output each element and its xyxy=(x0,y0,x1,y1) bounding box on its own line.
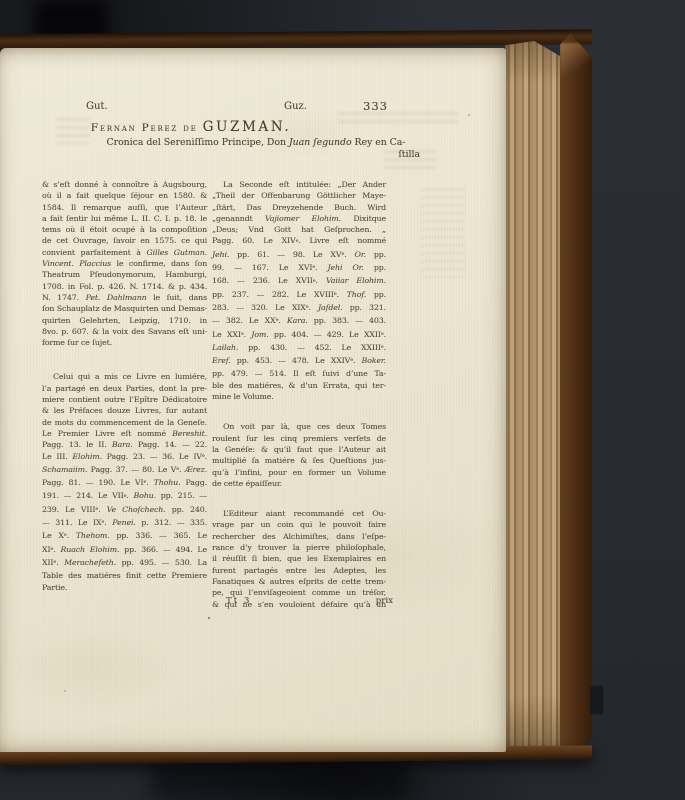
italic-text: Vincent. Placcius xyxy=(42,259,111,268)
italic-text: Vaiiar Elohim. xyxy=(326,276,386,285)
superscript-text: e xyxy=(381,345,384,350)
text-line: mine le Volume. xyxy=(212,391,386,402)
text: de mots du commencement de la Geneſe. xyxy=(42,418,207,427)
text-line: 1584. Il remarque auſſi, que l’Auteur xyxy=(42,202,207,213)
text: furent partagés entre les Adeptes, les xyxy=(212,566,386,575)
text: . xyxy=(344,250,354,259)
italic-text: Penei. xyxy=(112,518,136,527)
text: tems où il étoit ocupé à la compoſition xyxy=(42,225,207,234)
ink-speck xyxy=(208,617,210,619)
text: pp. 215. — xyxy=(156,491,207,500)
text-line: L’Editeur aiant recommandé cet Ou- xyxy=(212,508,386,519)
ink-speck xyxy=(468,114,470,116)
text: 168. — 236. Le XVII xyxy=(212,276,313,285)
text: de cette épaiſſeur. xyxy=(212,479,282,488)
background-shadow xyxy=(150,760,410,800)
text: Le III. xyxy=(42,452,72,461)
text: „Deus; Vnd Gott hat Geſprochen. „ xyxy=(212,225,386,234)
text: Theatrum Pſeudonymorum, Hamburgi, xyxy=(42,270,207,279)
text-line: de cette épaiſſeur. xyxy=(212,478,386,489)
text-line: miere contient outre l’Epître Dédicatoir… xyxy=(42,394,207,405)
text: pp. 383. — 403. xyxy=(308,316,386,325)
running-head-right: Guz. xyxy=(284,101,307,112)
text: 8vo. p. 607. & la voix des Savans eſt un… xyxy=(42,327,207,336)
text-line: il réuſſit ſi bien, que les Exemplaires … xyxy=(212,553,386,564)
superscript-text: e xyxy=(176,467,179,472)
text: pp. 321. xyxy=(343,303,386,312)
italic-text: Vajiomer Elohim. xyxy=(265,214,341,223)
text-line: ſon Schauplatz de Masquirten und Demas- xyxy=(42,303,207,314)
text: — 311. Le IX xyxy=(42,518,101,527)
text: . xyxy=(98,505,107,514)
author-surname-caps: GUZMAN. xyxy=(203,119,292,135)
text: Cronica del Sereniſſimo Principe, Don xyxy=(107,137,289,148)
text: . xyxy=(278,316,287,325)
text-line: 168. — 236. Le XVIIe. Vaiiar Elohim. xyxy=(212,275,386,288)
text: Fanatiques & autres eſprits de cette tre… xyxy=(212,577,386,586)
text-line: Celui qui a mis ce Livre en lumiére, xyxy=(42,371,207,382)
text: pp. 366. — 494. Le xyxy=(119,545,207,554)
superscript-text: e xyxy=(341,252,344,257)
text-line: de cet Ouvrage, ſavoir en 1575. ce qui xyxy=(42,235,207,246)
text: . xyxy=(126,491,133,500)
text-line: Le XXIe. Jom. pp. 404. — 429. Le XXIIe. xyxy=(212,329,386,342)
text: . xyxy=(315,276,326,285)
text-line: l’a partagé en deux Parties, dont la pre… xyxy=(42,383,207,394)
text-line: On voit par là, que ces deux Tomes xyxy=(212,421,386,432)
signature-mark: Tt 3 xyxy=(226,596,251,606)
text-line: ble des matiéres, & d’un Errata, qui ter… xyxy=(212,380,386,391)
italic-text: Thehom. xyxy=(76,531,110,540)
text: Pagg. 23. — 36. Le IV xyxy=(102,452,202,461)
text: convient parfaitement à xyxy=(42,248,146,257)
superscript-text: e xyxy=(64,533,67,538)
text-line: „genanndt Vajiomer Elohim. Dixitque xyxy=(212,213,386,224)
text: . xyxy=(56,558,64,567)
text-column-right: La Seconde eſt intitulée: „Der Ander„The… xyxy=(212,179,386,610)
text: rechercher des Alchimiſtes, dans l’eſpe- xyxy=(212,532,386,541)
text: Pagg. xyxy=(180,478,207,487)
text-line: a fait ſentir lui même L. II. C. I. p. 1… xyxy=(42,213,207,224)
italic-text: Ve Choſchech. xyxy=(107,505,166,514)
author-name-smallcaps: Fernan Perez de xyxy=(91,122,198,134)
ink-speck xyxy=(64,690,66,692)
book-scan-photo: { "palette": { "background": "#282b31", … xyxy=(0,0,685,800)
entry-title: Cronica del Sereniſſimo Principe, Don Ju… xyxy=(78,137,434,148)
book-clasp xyxy=(590,686,603,714)
text: Table des matiéres finit cette Premiere xyxy=(42,571,207,580)
superscript-text: e xyxy=(53,560,56,565)
italic-text: Lailah. xyxy=(212,343,238,352)
italic-text: Bohu. xyxy=(134,491,156,500)
text-line: — 382. Le XXe. Kara. pp. 383. — 403. xyxy=(212,315,386,328)
text-line: pp. 479. — 514. Il eſt ſuivi d’une Ta- xyxy=(212,368,386,379)
superscript-text: e xyxy=(50,547,53,552)
italic-text: Or. xyxy=(354,250,365,259)
text-line: Eref. pp. 453. — 478. Le XXIVe. Boker. xyxy=(212,355,386,368)
superscript-text: e xyxy=(101,520,104,525)
text-line: Jehi. pp. 61. — 98. Le XVe. Or. pp. xyxy=(212,249,386,262)
text: pp. 336. — 365. Le xyxy=(110,531,207,540)
book-page: Gut. Guz. 333 Fernan Perez de GUZMAN. Cr… xyxy=(0,48,506,752)
text: vrage par un coin qui le pouvoit faire xyxy=(212,520,386,529)
italic-text: Jehi Or. xyxy=(328,263,364,272)
text-line: Vincent. Placcius le confirme, dans ſon xyxy=(42,258,207,269)
text: il réuſſit ſi bien, que les Exemplaires … xyxy=(212,554,386,563)
superscript-text: e xyxy=(296,239,299,244)
text: . xyxy=(308,303,318,312)
superscript-text: e xyxy=(202,454,205,459)
paragraph: La Seconde eſt intitulée: „Der Ander„The… xyxy=(212,179,386,402)
text-line: Le Premier Livre eſt nommé Bereshit. xyxy=(42,428,207,439)
text-line: vrage par un coin qui le pouvoit faire xyxy=(212,519,386,530)
text-line: 283. — 320. Le XIXe. Jaſdel. pp. 321. xyxy=(212,302,386,315)
text-line: XIIe. Merachefeth. pp. 495. — 530. La xyxy=(42,557,207,570)
text: Pagg. 13. le II. xyxy=(42,440,112,449)
text-line: Fanatiques & autres eſprits de cette tre… xyxy=(212,576,386,587)
text: roulent ſur les cinq premiers verſets de xyxy=(212,434,386,443)
text: Rey en Ca- xyxy=(352,137,406,148)
text: pp. 404. — 429. Le XXII xyxy=(269,330,381,339)
text: Celui qui a mis ce Livre en lumiére, xyxy=(53,372,207,381)
text-line: pp. 237. — 282. Le XVIIIe. Thof. pp. xyxy=(212,289,386,302)
text-line: qu’à l’infini, pour en former un Volume xyxy=(212,467,386,478)
italic-text: Thohu. xyxy=(154,478,181,487)
text: . xyxy=(67,531,76,540)
text: p. 312. — 335. xyxy=(136,518,207,527)
text-line: Theatrum Pſeudonymorum, Hamburgi, xyxy=(42,269,207,280)
text: l’a partagé en deux Parties, dont la pre… xyxy=(42,384,207,393)
superscript-text: e xyxy=(276,318,279,323)
text: XII xyxy=(42,558,53,567)
text-line: & les Préfaces douze Livres, ſur autant xyxy=(42,405,207,416)
italic-text: Pet. Dahlmann xyxy=(86,293,147,302)
text: L’Editeur aiant recommandé cet Ou- xyxy=(223,509,386,518)
text-line: „Theil der Offenbarung Göttlicher Maye- xyxy=(212,190,386,201)
paragraph: On voit par là, que ces deux Tomesroulen… xyxy=(212,421,386,489)
text: . xyxy=(146,478,153,487)
superscript-text: e xyxy=(334,292,337,297)
superscript-text: e xyxy=(143,480,146,485)
text: . xyxy=(315,263,327,272)
text: Pagg. 60. Le XIV xyxy=(212,236,296,245)
text: a fait ſentir lui même L. II. C. I. p. 1… xyxy=(42,214,207,223)
text: pp. 237. — 282. Le XVIII xyxy=(212,290,334,299)
text-line: Pagg. 13. le II. Bara. Pagg. 14. — 22. xyxy=(42,439,207,450)
book-fore-edge xyxy=(505,41,561,750)
text: pp. 479. — 514. Il eſt ſuivi d’une Ta- xyxy=(212,369,386,378)
italic-text: Jom. xyxy=(251,330,268,339)
text: La Seconde eſt intitulée: „Der Ander xyxy=(223,180,386,189)
italic-text: Merachefeth. xyxy=(64,558,116,567)
text-line: la Genéſe: & qu’il faut que l’Auteur ait xyxy=(212,444,386,455)
text: pp. 453. — 478. Le XXIV xyxy=(231,356,351,365)
text: forme ſur ce ſujet. xyxy=(42,338,112,347)
italic-text: Juan ſegundo xyxy=(289,137,352,148)
text-line: La Seconde eſt intitulée: „Der Ander xyxy=(212,179,386,190)
text: On voit par là, que ces deux Tomes xyxy=(223,422,386,431)
text: pp. 495. — 530. La xyxy=(116,558,207,567)
text: „ſtärt, Das Dreyzehende Buch. Wird xyxy=(212,203,386,212)
text: „genanndt xyxy=(212,214,265,223)
text-line: où il a fait quelque ſéjour en 1580. & xyxy=(42,190,207,201)
superscript-text: e xyxy=(124,494,127,499)
superscript-text: e xyxy=(312,265,315,270)
text-line: Le Xe. Thehom. pp. 336. — 365. Le xyxy=(42,530,207,543)
text-line: Le III. Elohim. Pagg. 23. — 36. Le IVe. xyxy=(42,451,207,464)
italic-text: Ærez. xyxy=(185,465,207,474)
text-line: quirten Gelehrten, Leipzig, 1710. in xyxy=(42,315,207,326)
italic-text: Ruach Elohim. xyxy=(60,545,119,554)
paragraph: & s’eſt donné à connoître à Augsbourg,où… xyxy=(42,179,207,348)
text-line: N. 1747. Pet. Dahlmann le ſuit, dans xyxy=(42,292,207,303)
superscript-text: e xyxy=(241,332,244,337)
superscript-text: e xyxy=(381,332,384,337)
entry-title-carryover: ſtilla xyxy=(378,149,420,160)
text: Pagg. 81. — 190. Le VI xyxy=(42,478,143,487)
italic-text: Elohim. xyxy=(72,452,102,461)
running-head-left: Gut. xyxy=(86,101,108,112)
italic-text: Eref. xyxy=(212,356,231,365)
text-line: Pagg. 60. Le XIVe. Livre eſt nommé xyxy=(212,235,386,248)
text-line: Pagg. 81. — 190. Le VIe. Thohu. Pagg. xyxy=(42,477,207,490)
text: Le X xyxy=(42,531,64,540)
italic-text: Kara. xyxy=(287,316,308,325)
text: pp. xyxy=(366,250,386,259)
text: Pagg. 14. — 22. xyxy=(133,440,207,449)
text: . xyxy=(337,290,347,299)
text-line: 1708. in Fol. p. 426. N. 1714. & p. 434. xyxy=(42,281,207,292)
text-line: Partie. xyxy=(42,582,207,593)
italic-text: Bara. xyxy=(112,440,133,449)
text: pp. 430. — 452. Le XXIII xyxy=(238,343,381,352)
text: „Theil der Offenbarung Göttlicher Maye- xyxy=(212,191,386,200)
text-line: & s’eſt donné à connoître à Augsbourg, xyxy=(42,179,207,190)
text: de cet Ouvrage, ſavoir en 1575. ce qui xyxy=(42,236,207,245)
text-line: XIe. Ruach Elohim. pp. 366. — 494. Le xyxy=(42,544,207,557)
text-line: rechercher des Alchimiſtes, dans l’eſpe- xyxy=(212,531,386,542)
text: quirten Gelehrten, Leipzig, 1710. in xyxy=(42,316,207,325)
text-line: Lailah. pp. 430. — 452. Le XXIIIe. xyxy=(212,342,386,355)
text-line: 99. — 167. Le XVIe. Jehi Or. pp. xyxy=(212,262,386,275)
text: pp. xyxy=(366,290,386,299)
text: N. 1747. xyxy=(42,293,86,302)
text: rance d’y trouver la pierre philoſophale… xyxy=(212,543,386,552)
text-line: tems où il étoit ocupé à la compoſition xyxy=(42,224,207,235)
text-line: rance d’y trouver la pierre philoſophale… xyxy=(212,542,386,553)
text: & s’eſt donné à connoître à Augsbourg, xyxy=(42,180,207,189)
text: le confirme, dans ſon xyxy=(111,259,207,268)
text: ſon Schauplatz de Masquirten und Demas- xyxy=(42,304,207,313)
text-line: — 311. Le IXe. Penei. p. 312. — 335. xyxy=(42,517,207,530)
text: Dixitque xyxy=(341,214,386,223)
text: pp. xyxy=(364,263,386,272)
text: 1708. in Fol. p. 426. N. 1714. & p. 434. xyxy=(42,282,207,291)
text: Le Premier Livre eſt nommé xyxy=(42,429,172,438)
text-line: de mots du commencement de la Geneſe. xyxy=(42,417,207,428)
text: 283. — 320. Le XIX xyxy=(212,303,306,312)
text-line: Schamaiim. Pagg. 37. — 80. Le Ve. Ærez. xyxy=(42,464,207,477)
text-line: multiplié ſa matiére & ſes Queſtions jus… xyxy=(212,455,386,466)
italic-text: Schamaiim. xyxy=(42,465,87,474)
text-line: convient parfaitement à Gilles Gutman. xyxy=(42,247,207,258)
text: multiplié ſa matiére & ſes Queſtions jus… xyxy=(212,456,386,465)
paragraph: L’Editeur aiant recommandé cet Ou-vrage … xyxy=(212,508,386,610)
text: mine le Volume. xyxy=(212,392,274,401)
italic-text: Boker. xyxy=(361,356,386,365)
italic-text: Jehi. xyxy=(212,250,229,259)
text-line: 8vo. p. 607. & la voix des Savans eſt un… xyxy=(42,326,207,337)
text: . Livre eſt nommé xyxy=(298,236,386,245)
text-line: forme ſur ce ſujet. xyxy=(42,337,207,348)
text: 239. Le VIII xyxy=(42,505,95,514)
text-line: roulent ſur les cinq premiers verſets de xyxy=(212,433,386,444)
text: 99. — 167. Le XVI xyxy=(212,263,312,272)
text-line: „Deus; Vnd Gott hat Geſprochen. „ xyxy=(212,224,386,235)
superscript-text: e xyxy=(95,507,98,512)
italic-text: Gilles Gutman. xyxy=(146,248,207,257)
text: la Genéſe: & qu’il faut que l’Auteur ait xyxy=(212,445,386,454)
text: & les Préfaces douze Livres, ſur autant xyxy=(42,406,207,415)
superscript-text: e xyxy=(350,358,353,363)
text-column-left: & s’eſt donné à connoître à Augsbourg,où… xyxy=(42,179,207,593)
text-line: 239. Le VIIIe. Ve Choſchech. pp. 240. xyxy=(42,504,207,517)
text-line: „ſtärt, Das Dreyzehende Buch. Wird xyxy=(212,202,386,213)
italic-text: Bereshit. xyxy=(172,429,207,438)
text: Partie. xyxy=(42,583,67,592)
text: qu’à l’infini, pour en former un Volume xyxy=(212,468,386,477)
italic-text: Thof. xyxy=(347,290,367,299)
text: pp. 240. xyxy=(166,505,207,514)
text-line: 191. — 214. Le VIIe. Bohu. pp. 215. — xyxy=(42,490,207,503)
text: 1584. Il remarque auſſi, que l’Auteur xyxy=(42,203,207,212)
text: Le XXI xyxy=(212,330,241,339)
text: où il a fait quelque ſéjour en 1580. & xyxy=(42,191,207,200)
text: le ſuit, dans xyxy=(147,293,207,302)
text: 191. — 214. Le VII xyxy=(42,491,124,500)
paragraph: Celui qui a mis ce Livre en lumiére,l’a … xyxy=(42,371,207,592)
text-line: Table des matiéres finit cette Premiere xyxy=(42,570,207,581)
entry-author-heading: Fernan Perez de GUZMAN. xyxy=(0,116,382,135)
catchword: prix xyxy=(348,596,393,606)
text-line: furent partagés entre les Adeptes, les xyxy=(212,565,386,576)
text: miere contient outre l’Epître Dédicatoir… xyxy=(42,395,207,404)
italic-text: Jaſdel. xyxy=(318,303,343,312)
text: Pagg. 37. — 80. Le V xyxy=(87,465,176,474)
text: ble des matiéres, & d’un Errata, qui ter… xyxy=(212,381,386,390)
ink-bleed-through xyxy=(420,188,466,278)
book-cover xyxy=(560,33,592,757)
text: pp. 61. — 98. Le XV xyxy=(229,250,341,259)
page-number: 333 xyxy=(363,99,388,113)
text: — 382. Le XX xyxy=(212,316,276,325)
